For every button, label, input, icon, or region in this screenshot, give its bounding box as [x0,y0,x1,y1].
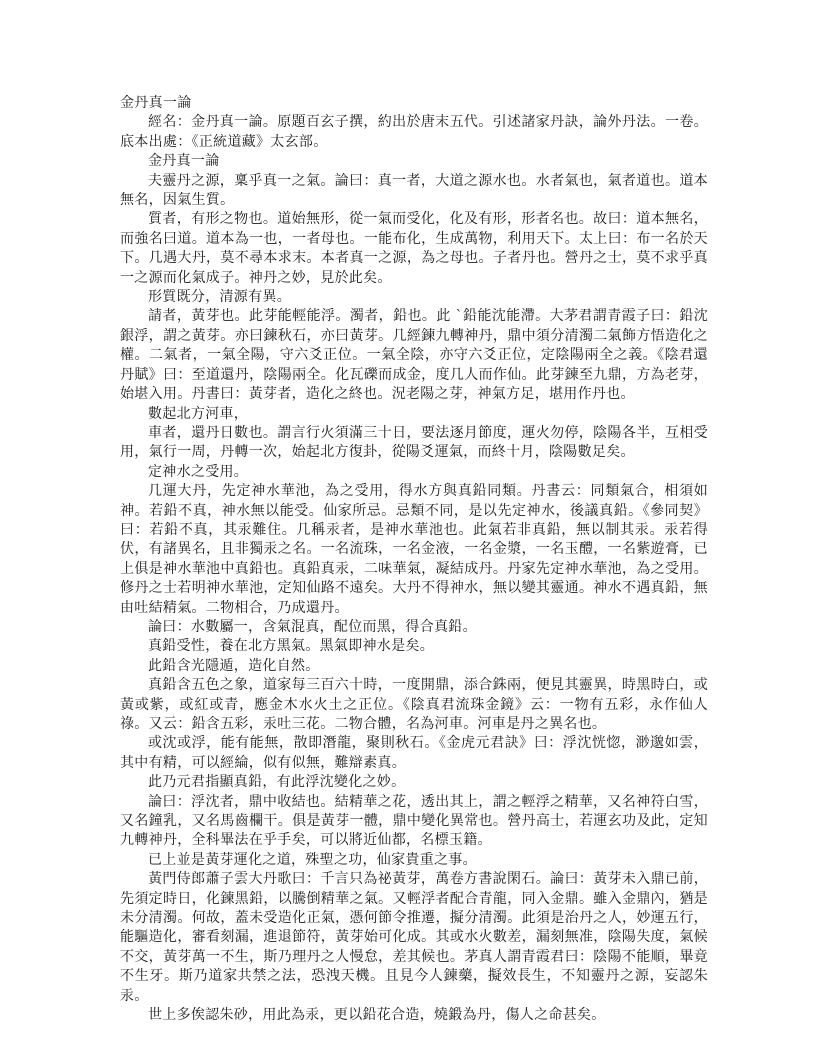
document-title: 金丹真一論 [120,94,708,113]
paragraph: 論曰：浮沈者，鼎中收結也。結精華之花，透出其上，謂之輕浮之精華，又名神符白雪，又… [120,793,708,851]
paragraph: 世上多俟認朱砂，用此為汞，更以鉛花合造，燒鍛為丹，傷人之命甚矣。 [120,1006,708,1025]
paragraph: 數起北方河車， [120,405,708,424]
paragraph: 論曰：水數屬一，含氣混真，配位而黑，得合真鉛。 [120,618,708,637]
paragraph: 几運大丹，先定神水華池，為之受用，得水方與真鉛同類。丹書云：同類氣合，相須如神。… [120,482,708,618]
paragraph: 質者，有形之物也。道始無形，從一氣而受化，化及有形，形者名也。故曰：道本無名，而… [120,210,708,288]
paragraph: 已上並是黃芽運化之道，殊聖之功，仙家貴重之事。 [120,851,708,870]
paragraph: 車者，還丹日數也。謂言行火須滿三十日，要法逐月節度，運火勿停，陰陽各半，互相受用… [120,424,708,463]
paragraph: 黃門侍郎蕭子雲大丹歌曰：千言只為祕黃芽，萬卷方書說閑石。論曰：黃芽未入鼎已前，先… [120,870,708,1006]
document-page: 金丹真一論 經名：金丹真一論。原題百玄子撰，約出於唐末五代。引述諸家丹訣，論外丹… [120,94,708,1026]
paragraph-scripture-info: 經名：金丹真一論。原題百玄子撰，約出於唐末五代。引述諸家丹訣，論外丹法。一卷。底… [120,113,708,152]
paragraph-subtitle: 金丹真一論 [120,152,708,171]
paragraph: 此鉛含光隱遁，造化自然。 [120,657,708,676]
paragraph: 或沈或浮，能有能無，散即潛龍，聚則秋石。《金虎元君訣》曰：浮沈恍惚，渺邈如雲，其… [120,734,708,773]
paragraph: 請者，黃芽也。此芽能輕能浮。濁者，鉛也。此 `鉛能沈能滯。大茅君謂青霞子曰：鉛沈… [120,307,708,404]
paragraph: 真鉛含五色之象，道家每三百六十時，一度開鼎，添合銖兩，便見其靈異，時黑時白，或黃… [120,676,708,734]
paragraph: 形質既分，清源有異。 [120,288,708,307]
paragraph: 夫靈丹之源，稟乎真一之氣。論曰：真一者，大道之源水也。水者氣也，氣者道也。道本無… [120,172,708,211]
paragraph: 定神水之受用。 [120,463,708,482]
paragraph: 真鉛受性，養在北方黑氣。黑氣即神水是矣。 [120,637,708,656]
paragraph: 此乃元君指顯真鉛，有此浮沈變化之妙。 [120,773,708,792]
